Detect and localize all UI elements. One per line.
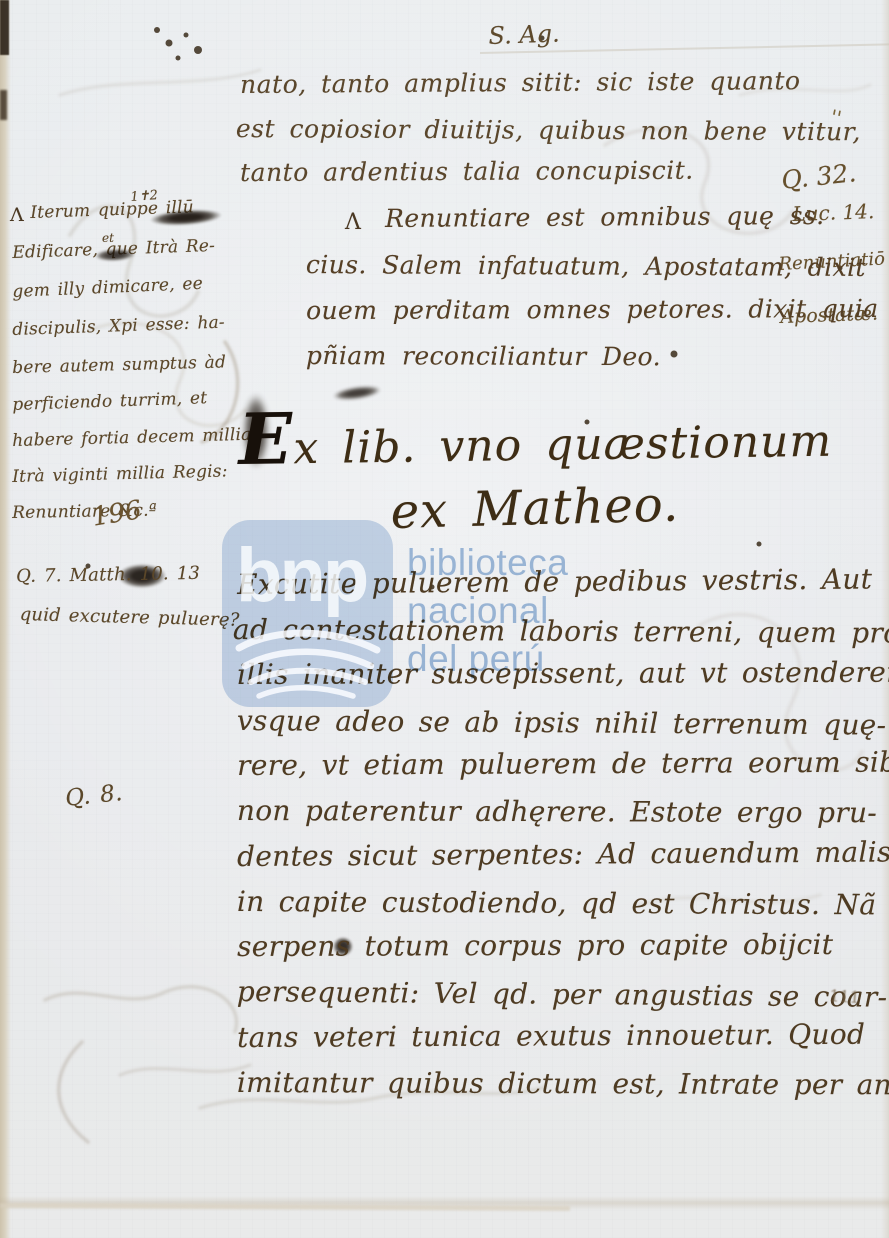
q7-body-line: serpens totum corpus pro capite obijcit <box>237 928 833 963</box>
top-passage-line: nato, tanto amplius sitit: sic iste quan… <box>240 66 801 99</box>
q7-body-line: non paterentur adhęrere. Estote ergo pru… <box>237 794 877 829</box>
watermark-text-line: nacional <box>407 590 549 632</box>
insertion-caret: Λ <box>345 210 361 235</box>
section-heading-line2: ex Matheo. <box>390 476 680 540</box>
margin-ref-q7: Q. 7. Matth. 10. 13 <box>16 563 200 587</box>
top-passage-line: est copiosior diuitijs, quibus non bene … <box>236 114 861 146</box>
q7-body-line: tans veteri tunica exutus innouetur. Quo… <box>237 1018 865 1054</box>
q7-body-line: rere, vt etiam puluerem de terra eorum s… <box>237 745 889 782</box>
q7-body-line: dentes sicut serpentes: Ad cauendum mali… <box>237 835 889 873</box>
renuntiare-line: cius. Salem infatuatum, Apostatam, dixit <box>306 250 866 282</box>
bleedthrough-numeral: 111 <box>829 986 861 1007</box>
section-heading-line1: Ex lib. vno quæstionum <box>238 390 833 481</box>
q7-body-line: in capite custodiendo, qd est Christus. … <box>237 885 877 921</box>
running-head: S. Ag. <box>488 20 560 50</box>
q7-body-line: imitantur quibus dictum est, Intrate per… <box>237 1066 889 1101</box>
renuntiare-line: pñiam reconciliantur Deo. <box>306 341 661 371</box>
margin-caret: Λ <box>10 204 24 226</box>
renuntiare-line: ouem perditam omnes petores. dixit quia <box>306 294 879 325</box>
manuscript-page-scan: S. Ag. nato, tanto amplius sitit: sic is… <box>0 0 889 1238</box>
watermark-logo-text: bnp <box>236 532 366 619</box>
watermark-wave-icon <box>233 620 383 704</box>
watermark-text-line: del perú <box>407 638 545 680</box>
renuntiare-line: Renuntiare est omnibus quę ss. <box>385 201 825 233</box>
watermark-text-line: biblioteca <box>407 542 568 584</box>
q7-body-line: persequenti: Vel qd. per angustias se co… <box>237 975 888 1014</box>
top-passage-line: tanto ardentius talia concupiscit. <box>240 156 694 187</box>
q7-body-line: vsque adeo se ab ipsis nihil terrenum qu… <box>237 704 887 742</box>
